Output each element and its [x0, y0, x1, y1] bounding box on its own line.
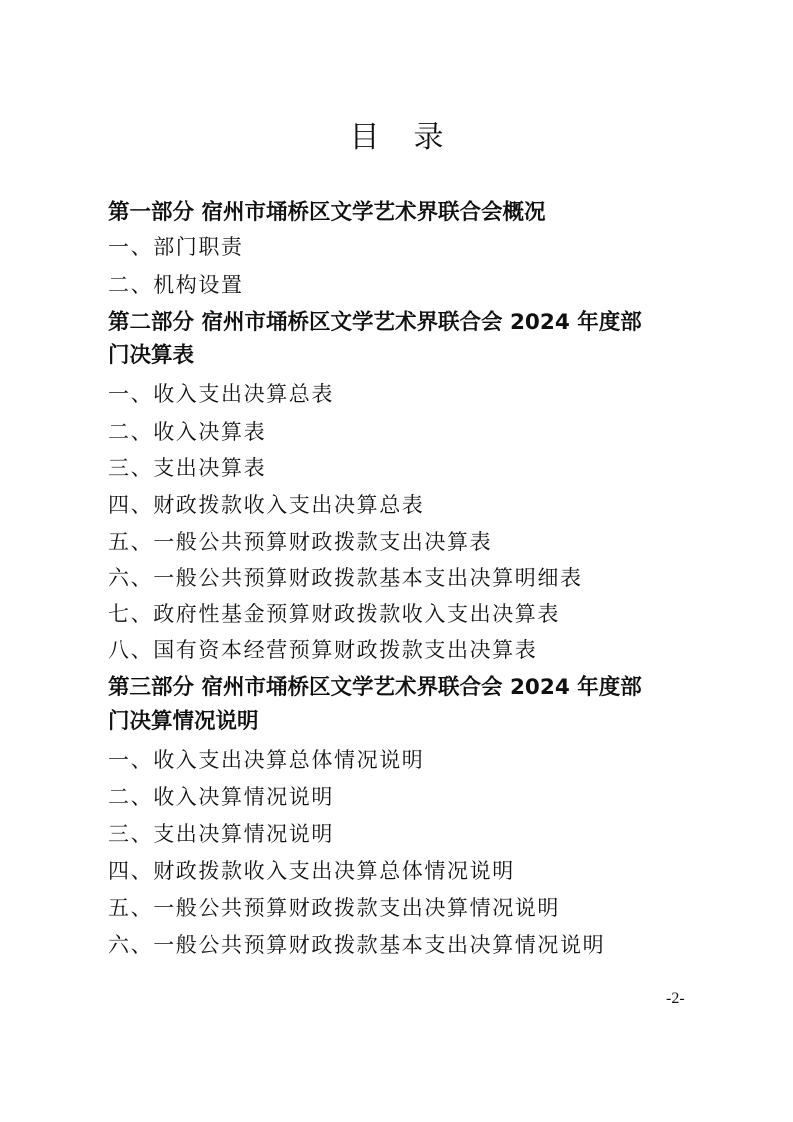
part-2-heading-cont: 门决算表 — [108, 343, 194, 369]
part-1-heading: 第一部分 宿州市埇桥区文学艺术界联合会概况 — [108, 200, 546, 226]
toc-item: 一、收入支出决算总体情况说明 — [108, 747, 424, 773]
toc-item: 二、收入决算表 — [108, 419, 266, 445]
toc-item: 六、一般公共预算财政拨款基本支出决算情况说明 — [108, 932, 605, 958]
part-2-heading: 第二部分 宿州市埇桥区文学艺术界联合会 2024 年度部 — [108, 310, 642, 336]
toc-item: 四、财政拨款收入支出决算总表 — [108, 492, 424, 518]
toc-item: 一、部门职责 — [108, 234, 244, 260]
page-number: -2- — [666, 990, 685, 1008]
toc-item: 七、政府性基金预算财政拨款收入支出决算表 — [108, 601, 560, 627]
toc-item: 三、支出决算表 — [108, 455, 266, 481]
toc-item: 六、一般公共预算财政拨款基本支出决算明细表 — [108, 565, 583, 591]
part-3-heading: 第三部分 宿州市埇桥区文学艺术界联合会 2024 年度部 — [108, 675, 642, 701]
toc-item: 二、收入决算情况说明 — [108, 784, 334, 810]
toc-item: 五、一般公共预算财政拨款支出决算表 — [108, 529, 492, 555]
toc-item: 一、收入支出决算总表 — [108, 381, 334, 407]
part-3-heading-cont: 门决算情况说明 — [108, 709, 259, 735]
toc-item: 八、国有资本经营预算财政拨款支出决算表 — [108, 637, 537, 663]
toc-item: 二、机构设置 — [108, 272, 244, 298]
toc-item: 三、支出决算情况说明 — [108, 821, 334, 847]
toc-item: 四、财政拨款收入支出决算总体情况说明 — [108, 858, 515, 884]
toc-title: 目录 — [0, 112, 793, 156]
toc-item: 五、一般公共预算财政拨款支出决算情况说明 — [108, 895, 560, 921]
